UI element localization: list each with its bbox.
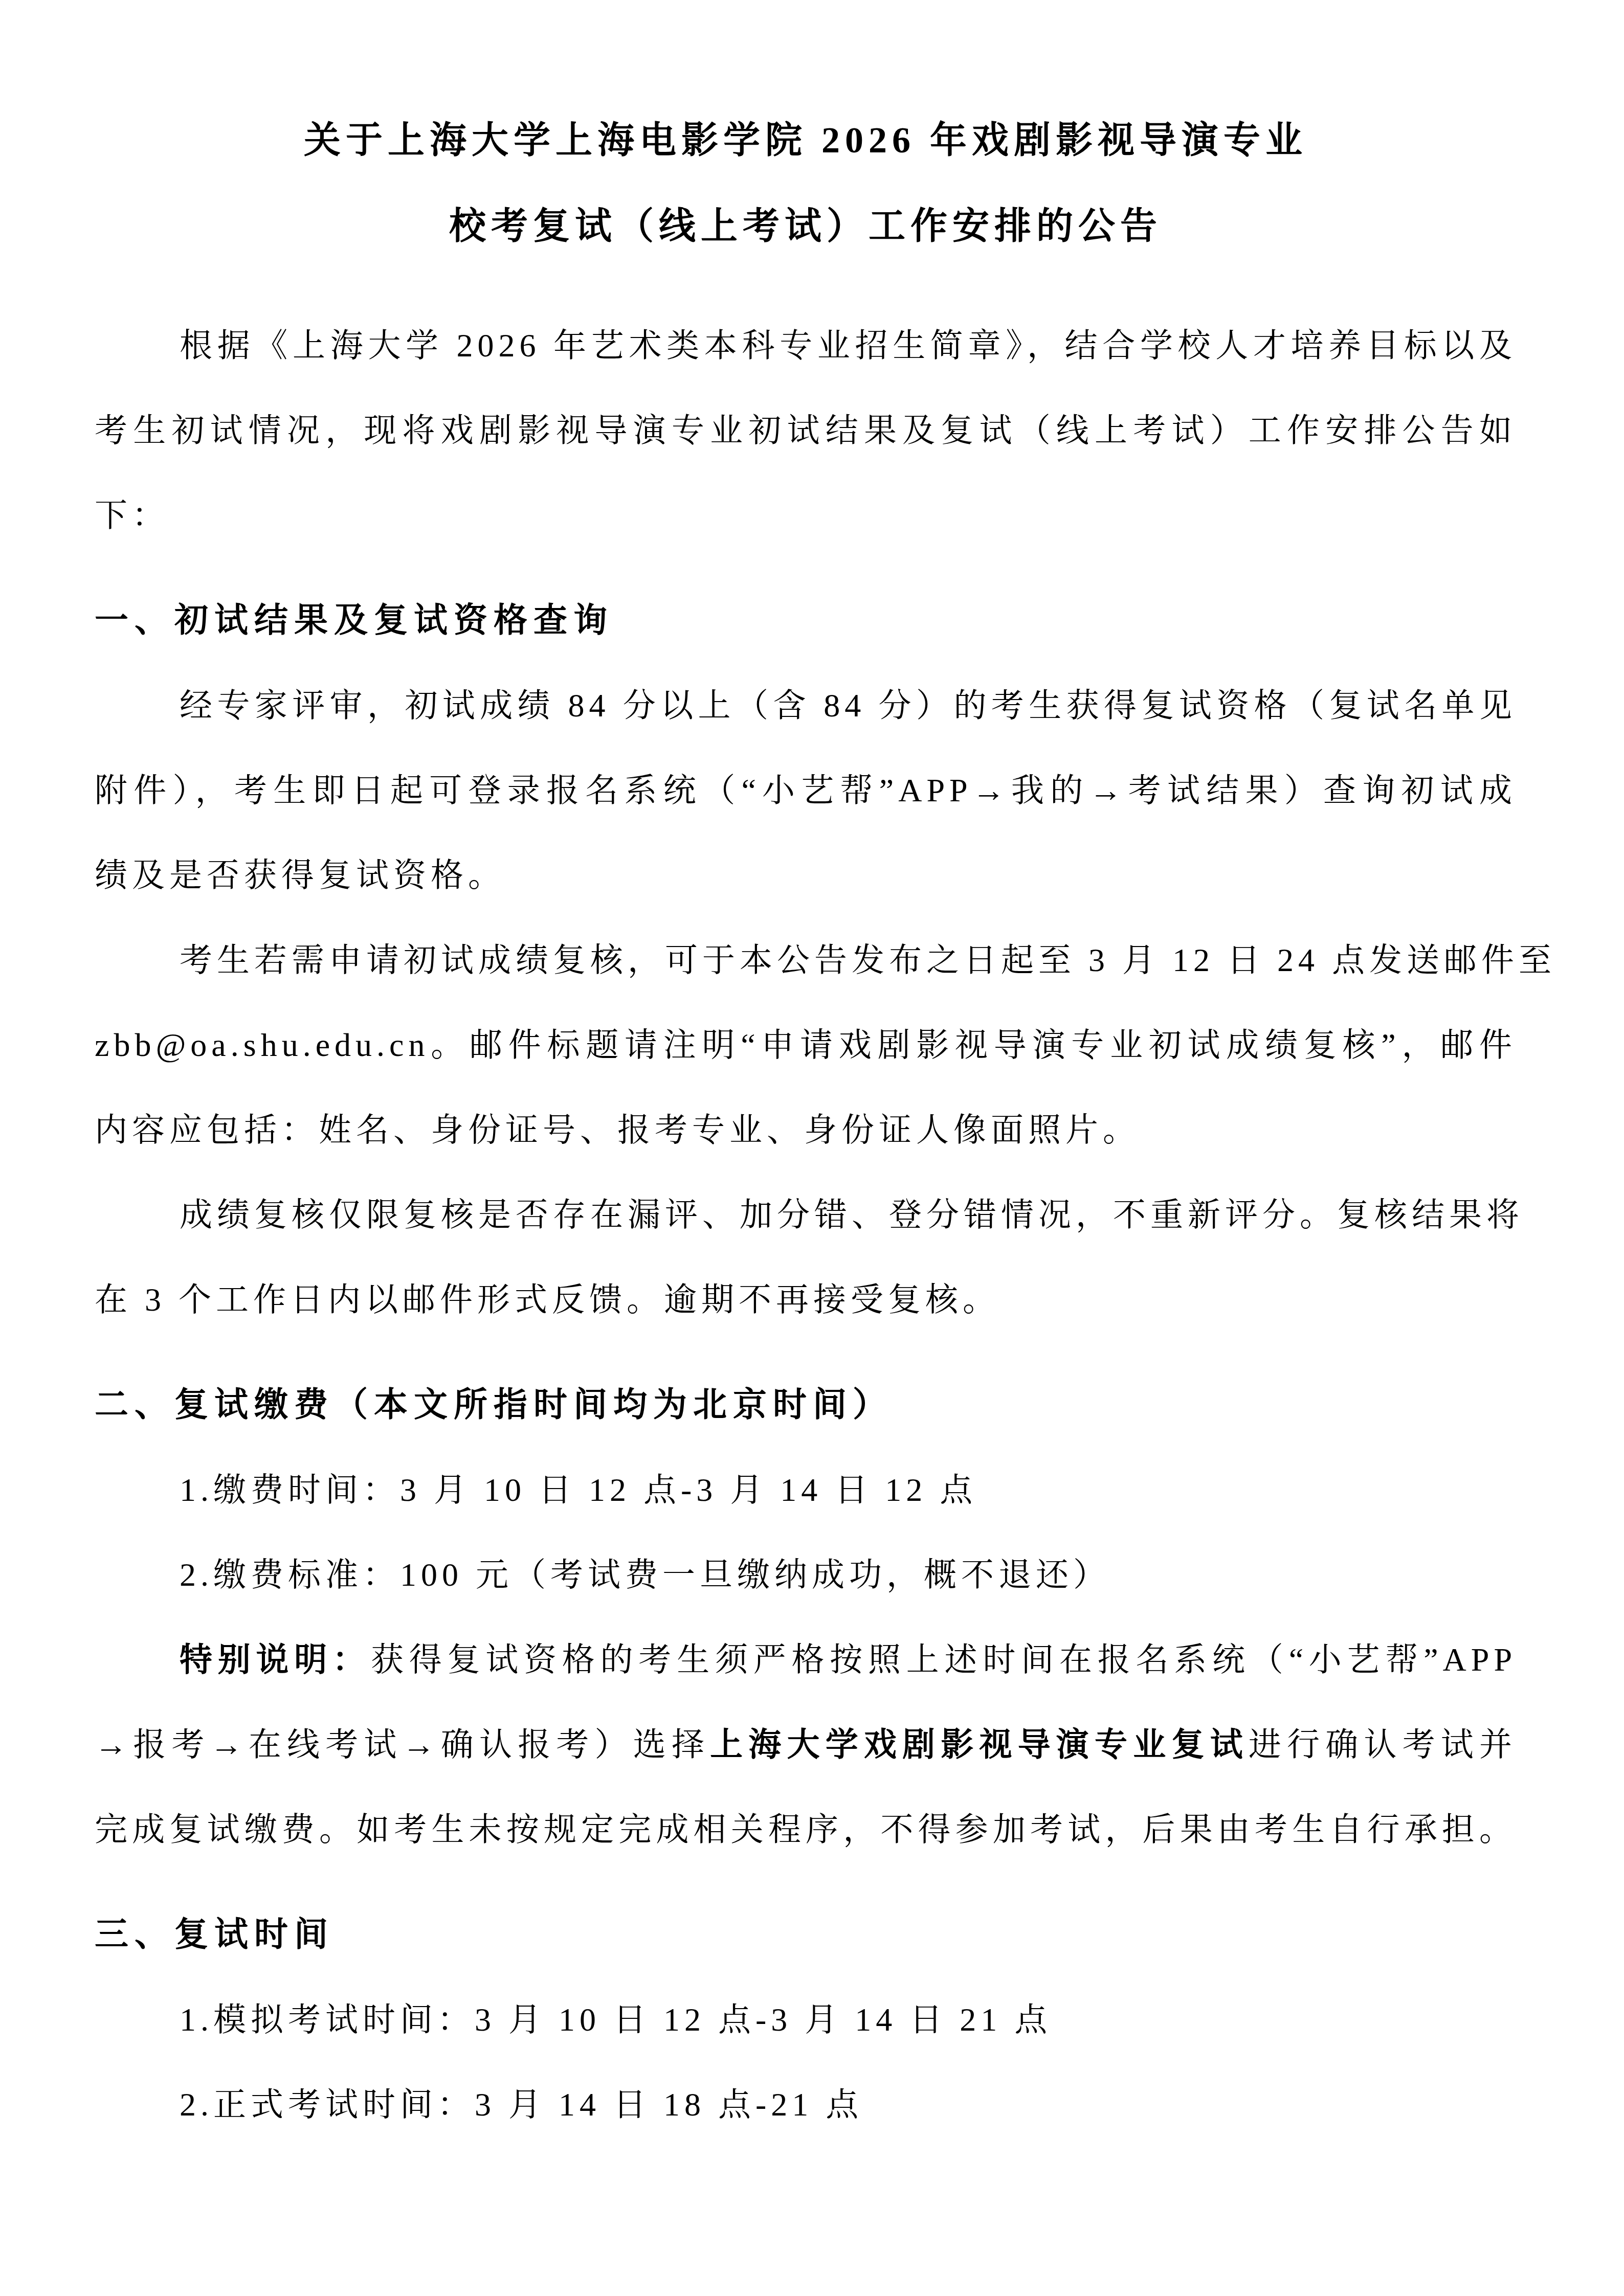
text-run: 考生初试情况，现将戏剧影视导演专业初试结果及复试（线上考试）工作安排公告如 [95, 412, 1517, 448]
text-run: 绩及是否获得复试资格。 [95, 857, 505, 893]
document-body: 根据《上海大学 2026 年艺术类本科专业招生简章》，结合学校人才培养目标以及考… [95, 303, 1517, 2147]
text-run: 2.正式考试时间：3 月 14 日 18 点-21 点 [180, 2086, 863, 2123]
text-run: zbb@oa.shu.edu.cn。邮件标题请注明“申请戏剧影视导演专业初试成绩… [95, 1027, 1517, 1063]
text-run: →报考→在线考试→确认报考）选择 [95, 1726, 710, 1763]
text-run: 三、复试时间 [95, 1916, 334, 1953]
text-line: 附件），考生即日起可登录报名系统（“小艺帮”APP→我的→考试结果）查询初试成 [95, 748, 1517, 833]
text-line: 考生初试情况，现将戏剧影视导演专业初试结果及复试（线上考试）工作安排公告如 [95, 388, 1517, 473]
document-page: 关于上海大学上海电影学院 2026 年戏剧影视导演专业 校考复试（线上考试）工作… [0, 0, 1624, 2296]
text-line: 绩及是否获得复试资格。 [95, 833, 1517, 918]
text-run: 完成复试缴费。如考生未按规定完成相关程序，不得参加考试，后果由考生自行承担。 [95, 1811, 1517, 1848]
text-run: 考生若需申请初试成绩复核，可于本公告发布之日起至 3 月 12 日 24 点发送… [180, 942, 1556, 978]
bold-run: 特别说明： [180, 1641, 371, 1678]
text-line: 1.缴费时间：3 月 10 日 12 点-3 月 14 日 12 点 [95, 1448, 1517, 1533]
list-item: 1.模拟考试时间：3 月 10 日 12 点-3 月 14 日 21 点 [95, 1977, 1517, 2062]
paragraph: 特别说明：获得复试资格的考生须严格按照上述时间在报名系统（“小艺帮”APP→报考… [95, 1617, 1517, 1872]
text-line: 下： [95, 473, 1517, 558]
section-heading: 一、初试结果及复试资格查询 [95, 578, 1517, 663]
list-item: 1.缴费时间：3 月 10 日 12 点-3 月 14 日 12 点 [95, 1448, 1517, 1533]
section-heading: 二、复试缴费（本文所指时间均为北京时间） [95, 1363, 1517, 1448]
text-line: 完成复试缴费。如考生未按规定完成相关程序，不得参加考试，后果由考生自行承担。 [95, 1787, 1517, 1872]
text-run: 获得复试资格的考生须严格按照上述时间在报名系统（“小艺帮”APP [371, 1641, 1517, 1678]
text-line: 特别说明：获得复试资格的考生须严格按照上述时间在报名系统（“小艺帮”APP [95, 1617, 1517, 1702]
text-line: 根据《上海大学 2026 年艺术类本科专业招生简章》，结合学校人才培养目标以及 [95, 303, 1517, 388]
text-line: 内容应包括：姓名、身份证号、报考专业、身份证人像面照片。 [95, 1088, 1517, 1173]
text-run: 下： [95, 497, 169, 533]
section-heading: 三、复试时间 [95, 1893, 1517, 1977]
text-line: 成绩复核仅限复核是否存在漏评、加分错、登分错情况，不重新评分。复核结果将 [95, 1173, 1517, 1257]
text-run: 成绩复核仅限复核是否存在漏评、加分错、登分错情况，不重新评分。复核结果将 [180, 1197, 1524, 1233]
paragraph: 成绩复核仅限复核是否存在漏评、加分错、登分错情况，不重新评分。复核结果将在 3 … [95, 1173, 1517, 1342]
text-run: 二、复试缴费（本文所指时间均为北京时间） [95, 1386, 893, 1424]
text-line: 1.模拟考试时间：3 月 10 日 12 点-3 月 14 日 21 点 [95, 1977, 1517, 2062]
paragraph: 经专家评审，初试成绩 84 分以上（含 84 分）的考生获得复试资格（复试名单见… [95, 663, 1517, 918]
title-line-1: 关于上海大学上海电影学院 2026 年戏剧影视导演专业 [95, 97, 1517, 183]
text-line: 2.正式考试时间：3 月 14 日 18 点-21 点 [95, 2062, 1517, 2147]
text-line: zbb@oa.shu.edu.cn。邮件标题请注明“申请戏剧影视导演专业初试成绩… [95, 1003, 1517, 1088]
text-run: 在 3 个工作日内以邮件形式反馈。逾期不再接受复核。 [95, 1281, 1000, 1318]
text-line: 经专家评审，初试成绩 84 分以上（含 84 分）的考生获得复试资格（复试名单见 [95, 663, 1517, 748]
document-title: 关于上海大学上海电影学院 2026 年戏剧影视导演专业 校考复试（线上考试）工作… [95, 97, 1517, 269]
list-item: 2.正式考试时间：3 月 14 日 18 点-21 点 [95, 2062, 1517, 2147]
text-line: 考生若需申请初试成绩复核，可于本公告发布之日起至 3 月 12 日 24 点发送… [95, 918, 1517, 1003]
text-line: 二、复试缴费（本文所指时间均为北京时间） [95, 1363, 1517, 1448]
text-line: 三、复试时间 [95, 1893, 1517, 1977]
text-line: 在 3 个工作日内以邮件形式反馈。逾期不再接受复核。 [95, 1257, 1517, 1342]
text-run: 1.缴费时间：3 月 10 日 12 点-3 月 14 日 12 点 [180, 1472, 977, 1508]
text-run: 内容应包括：姓名、身份证号、报考专业、身份证人像面照片。 [95, 1112, 1140, 1148]
text-run: 1.模拟考试时间：3 月 10 日 12 点-3 月 14 日 21 点 [180, 2001, 1052, 2038]
text-line: 一、初试结果及复试资格查询 [95, 578, 1517, 663]
list-item: 2.缴费标准：100 元（考试费一旦缴纳成功，概不退还） [95, 1533, 1517, 1617]
text-run: 经专家评审，初试成绩 84 分以上（含 84 分）的考生获得复试资格（复试名单见 [180, 687, 1517, 724]
paragraph: 根据《上海大学 2026 年艺术类本科专业招生简章》，结合学校人才培养目标以及考… [95, 303, 1517, 558]
text-run: 一、初试结果及复试资格查询 [95, 602, 613, 639]
text-run: 进行确认考试并 [1249, 1726, 1517, 1763]
title-line-2: 校考复试（线上考试）工作安排的公告 [95, 183, 1517, 269]
paragraph: 考生若需申请初试成绩复核，可于本公告发布之日起至 3 月 12 日 24 点发送… [95, 918, 1517, 1173]
text-run: 根据《上海大学 2026 年艺术类本科专业招生简章》，结合学校人才培养目标以及 [180, 327, 1517, 364]
text-line: 2.缴费标准：100 元（考试费一旦缴纳成功，概不退还） [95, 1533, 1517, 1617]
text-run: 2.缴费标准：100 元（考试费一旦缴纳成功，概不退还） [180, 1557, 1110, 1593]
text-line: →报考→在线考试→确认报考）选择上海大学戏剧影视导演专业复试进行确认考试并 [95, 1702, 1517, 1787]
text-run: 附件），考生即日起可登录报名系统（“小艺帮”APP→我的→考试结果）查询初试成 [95, 772, 1517, 808]
bold-run: 上海大学戏剧影视导演专业复试 [710, 1726, 1249, 1763]
